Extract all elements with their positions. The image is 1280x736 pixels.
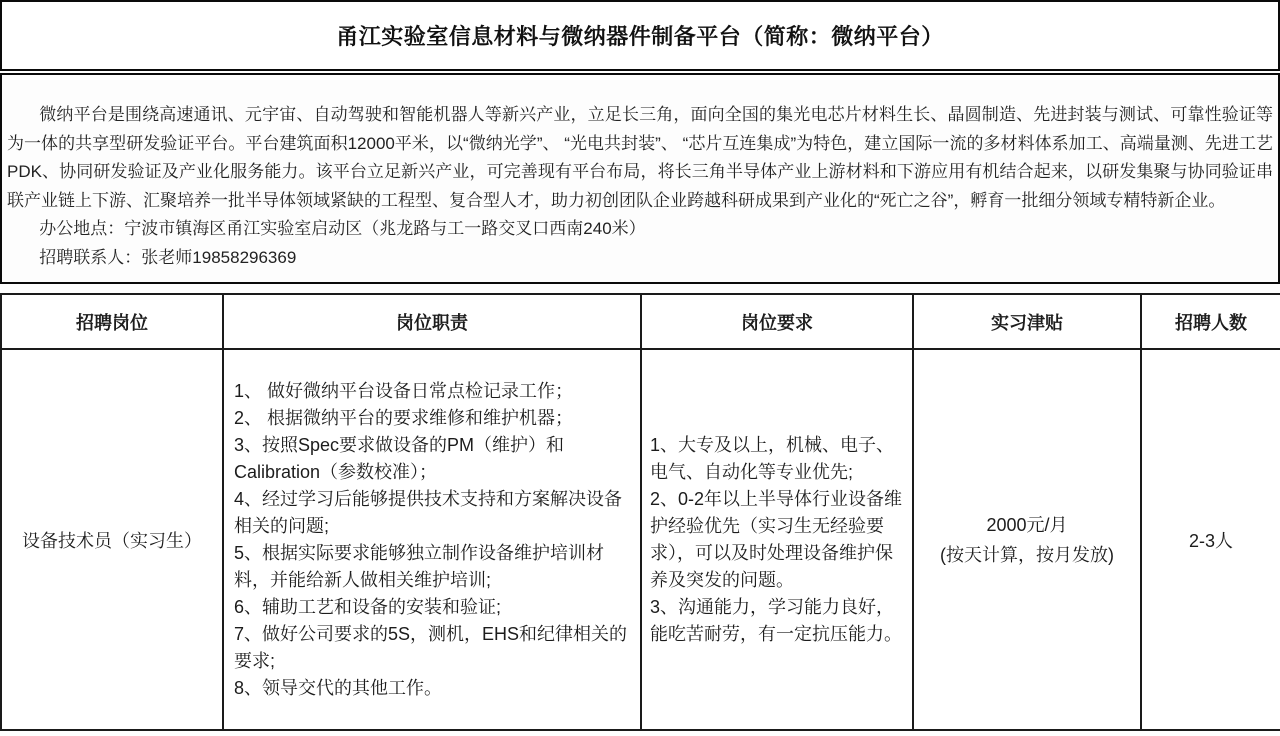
header-allowance: 实习津贴 <box>913 294 1141 349</box>
office-location: 办公地点：宁波市镇海区甬江实验室启动区（兆龙路与工一路交叉口西南240米） <box>7 215 1273 244</box>
cell-responsibilities: 1、 做好微纳平台设备日常点检记录工作；2、 根据微纳平台的要求维修和维护机器；… <box>223 349 641 730</box>
list-item: 3、按照Spec要求做设备的PM（维护）和Calibration（参数校准）； <box>234 432 632 486</box>
title-box: 甬江实验室信息材料与微纳器件制备平台（简称：微纳平台） <box>0 0 1280 71</box>
list-item: 2、 根据微纳平台的要求维修和维护机器； <box>234 405 632 432</box>
header-position: 招聘岗位 <box>1 294 223 349</box>
job-posting-page: 甬江实验室信息材料与微纳器件制备平台（简称：微纳平台） 微纳平台是围绕高速通讯、… <box>0 0 1280 736</box>
allowance-amount: 2000元/月 <box>914 510 1140 540</box>
list-item: 2、0-2年以上半导体行业设备维护经验优先（实习生无经验要求），可以及时处理设备… <box>650 486 906 594</box>
requirements-list: 1、大专及以上，机械、电子、电气、自动化等专业优先;2、0-2年以上半导体行业设… <box>650 432 906 648</box>
header-responsibilities: 岗位职责 <box>223 294 641 349</box>
list-item: 7、做好公司要求的5S，测机，EHS和纪律相关的要求; <box>234 621 632 675</box>
platform-description: 微纳平台是围绕高速通讯、元宇宙、自动驾驶和智能机器人等新兴产业，立足长三角，面向… <box>7 101 1273 215</box>
list-item: 4、经过学习后能够提供技术支持和方案解决设备相关的问题; <box>234 486 632 540</box>
responsibilities-list: 1、 做好微纳平台设备日常点检记录工作；2、 根据微纳平台的要求维修和维护机器；… <box>234 378 632 702</box>
list-item: 1、大专及以上，机械、电子、电气、自动化等专业优先; <box>650 432 906 486</box>
list-item: 8、领导交代的其他工作。 <box>234 675 632 702</box>
table-header-row: 招聘岗位 岗位职责 岗位要求 实习津贴 招聘人数 <box>1 294 1280 349</box>
header-headcount: 招聘人数 <box>1141 294 1280 349</box>
list-item: 5、根据实际要求能够独立制作设备维护培训材料，并能给新人做相关维护培训; <box>234 540 632 594</box>
cell-allowance: 2000元/月 (按天计算，按月发放) <box>913 349 1141 730</box>
table-row: 设备技术员（实习生） 1、 做好微纳平台设备日常点检记录工作；2、 根据微纳平台… <box>1 349 1280 730</box>
recruitment-contact: 招聘联系人：张老师19858296369 <box>7 244 1273 273</box>
header-requirements: 岗位要求 <box>641 294 913 349</box>
cell-position: 设备技术员（实习生） <box>1 349 223 730</box>
job-table: 招聘岗位 岗位职责 岗位要求 实习津贴 招聘人数 设备技术员（实习生） 1、 做… <box>0 293 1280 731</box>
list-item: 1、 做好微纳平台设备日常点检记录工作； <box>234 378 632 405</box>
cell-requirements: 1、大专及以上，机械、电子、电气、自动化等专业优先;2、0-2年以上半导体行业设… <box>641 349 913 730</box>
intro-section: 微纳平台是围绕高速通讯、元宇宙、自动驾驶和智能机器人等新兴产业，立足长三角，面向… <box>0 73 1280 284</box>
list-item: 6、辅助工艺和设备的安装和验证; <box>234 594 632 621</box>
list-item: 3、沟通能力，学习能力良好，能吃苦耐劳，有一定抗压能力。 <box>650 594 906 648</box>
page-title: 甬江实验室信息材料与微纳器件制备平台（简称：微纳平台） <box>336 20 944 51</box>
allowance-note: (按天计算，按月发放) <box>914 540 1140 570</box>
cell-headcount: 2-3人 <box>1141 349 1280 730</box>
